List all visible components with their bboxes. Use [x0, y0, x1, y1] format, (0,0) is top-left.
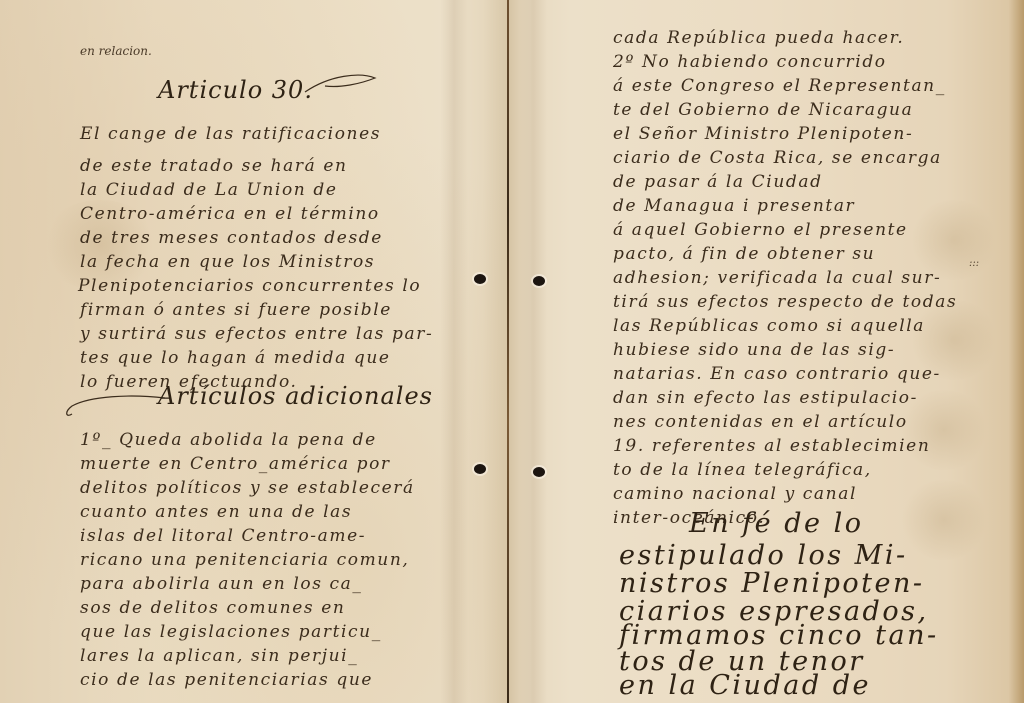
text-line: de Managua i presentar [613, 196, 855, 216]
binding-hole [533, 276, 545, 286]
text-line: de tres meses contados desde [80, 228, 383, 248]
text-line: Plenipotenciarios concurrentes lo [78, 276, 421, 296]
text-line: natarias. En caso contrario que- [613, 364, 941, 384]
text-line: te del Gobierno de Nicaragua [613, 100, 913, 120]
margin-mark: ::: [969, 258, 979, 269]
text-line: islas del litoral Centro-ame- [80, 526, 366, 546]
closing-line: En fé de lo [689, 508, 863, 539]
text-line: firman ó antes si fuere posible [80, 300, 392, 320]
text-line: cada República pueda hacer. [613, 28, 904, 48]
text-line: que las legislaciones particu_ [80, 622, 382, 642]
heading-flourish [300, 70, 380, 100]
text-line: 1º_ Queda abolida la pena de [80, 430, 377, 450]
text-line: dan sin efecto las estipulacio- [613, 388, 918, 408]
text-line: to de la línea telegráfica, [613, 460, 872, 480]
page-fold-shadow [519, 0, 547, 703]
binding-hole [474, 274, 486, 284]
text-line: pacto, á fin de obtener su [613, 244, 875, 264]
text-line: la fecha en que los Ministros [80, 252, 375, 272]
open-manuscript-spread: en relacion. Articulo 30. El cange de la… [0, 0, 1024, 703]
text-line: nes contenidas en el artículo [613, 412, 908, 432]
text-line: ricano una penitenciaria comun, [80, 550, 409, 570]
right-page: cada República pueda hacer. 2º No habien… [509, 0, 1024, 703]
binding-hole [474, 464, 486, 474]
closing-line: en la Ciudad de [619, 670, 871, 701]
text-line: delitos políticos y se establecerá [80, 478, 415, 498]
text-line: lares la aplican, sin perjui_ [80, 646, 358, 666]
left-page: en relacion. Articulo 30. El cange de la… [0, 0, 508, 703]
text-line: 2º No habiendo concurrido [613, 52, 887, 72]
text-line: hubiese sido una de las sig- [613, 340, 895, 360]
text-line: cio de las penitenciarias que [80, 670, 373, 690]
text-line: de este tratado se hará en [80, 156, 348, 176]
text-line: cuanto antes en una de las [80, 502, 352, 522]
text-line: á aquel Gobierno el presente [613, 220, 908, 240]
text-line: para abolirla aun en los ca_ [80, 574, 363, 594]
text-line: 19. referentes al establecimien [613, 436, 930, 456]
text-line: la Ciudad de La Union de [80, 180, 338, 200]
text-line: á este Congreso el Representan_ [613, 76, 946, 96]
text-line: las Repúblicas como si aquella [613, 316, 925, 336]
closing-line: estipulado los Mi- [619, 540, 908, 571]
text-line: muerte en Centro_américa por [80, 454, 391, 474]
text-line: camino nacional y canal [613, 484, 857, 504]
text-line: de pasar á la Ciudad [613, 172, 823, 192]
text-line: Centro-américa en el término [80, 204, 380, 224]
closing-line: nistros Plenipoten- [619, 568, 925, 599]
paper-stain [899, 480, 989, 560]
text-line: ciario de Costa Rica, se encarga [613, 148, 942, 168]
text-line: El cange de las ratificaciones [80, 124, 381, 144]
additional-articles-heading: Artículos adicionales [158, 382, 433, 410]
heading-2-flourish [60, 384, 170, 424]
text-line: el Señor Ministro Plenipoten- [613, 124, 913, 144]
opening-line: en relacion. [80, 44, 152, 58]
text-line: sos de delitos comunes en [80, 598, 345, 618]
article-30-heading: Articulo 30. [158, 76, 313, 104]
text-line: tes que lo hagan á medida que [80, 348, 391, 368]
text-line: y surtirá sus efectos entre las par- [80, 324, 433, 344]
page-fold-shadow [440, 0, 468, 703]
text-line: tirá sus efectos respecto de todas [613, 292, 957, 312]
text-line: adhesion; verificada la cual sur- [613, 268, 941, 288]
binding-hole [533, 467, 545, 477]
